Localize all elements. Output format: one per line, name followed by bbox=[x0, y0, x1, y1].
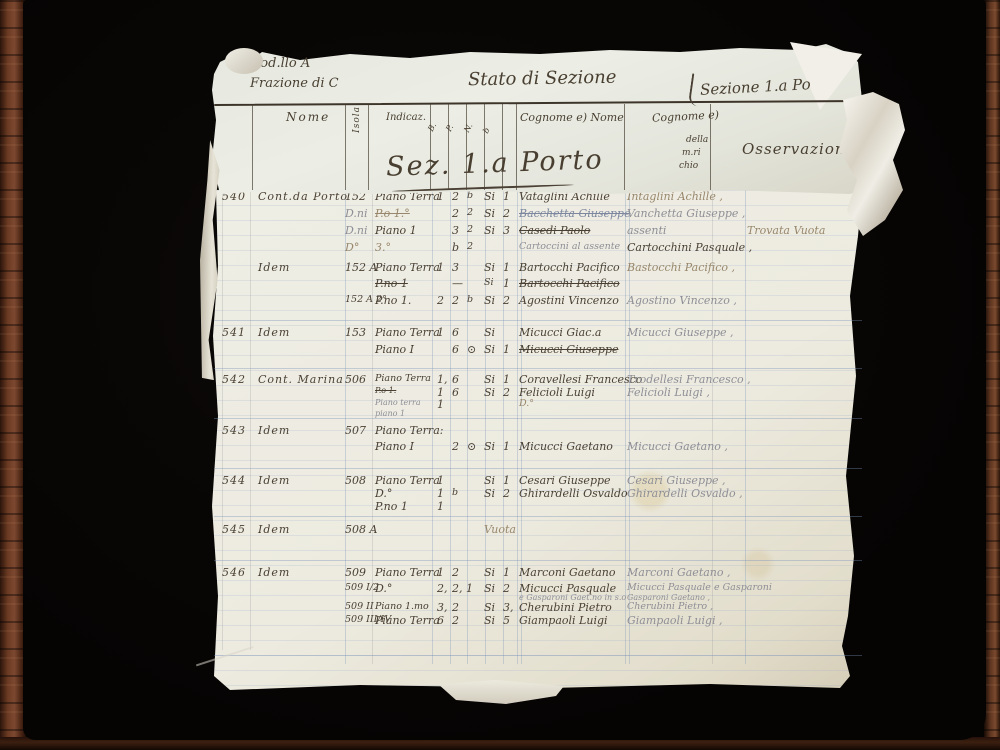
register-line: 545 Idem 508 A Vuota bbox=[210, 523, 870, 539]
family-count: 1 bbox=[503, 261, 510, 274]
floor-label: Piano Terra bbox=[375, 614, 440, 627]
count-1: 1 bbox=[437, 326, 444, 339]
floor-label: 3.° bbox=[375, 241, 391, 254]
row-separator bbox=[214, 560, 862, 561]
inhabited-flag: Si bbox=[484, 343, 495, 356]
count-2: 6 bbox=[452, 326, 459, 339]
register-line: Idem 152 A Piano Terra 1 3 Si 1 Bartocch… bbox=[210, 261, 870, 277]
contrada-name: Idem bbox=[258, 523, 290, 536]
floor-label: Piano I bbox=[375, 343, 414, 356]
row-number: 542 bbox=[222, 373, 246, 386]
column-header-cognome-2-sub: della bbox=[686, 135, 708, 145]
count-2: — bbox=[452, 277, 463, 290]
floor-label: Piano Terra bbox=[375, 566, 440, 579]
house-number: 508 A bbox=[345, 523, 377, 536]
header-column-rule bbox=[368, 104, 369, 190]
inhabited-flag: Si bbox=[484, 373, 495, 386]
registered-name: Agostino Vincenzo , bbox=[627, 294, 737, 307]
register-line: piano 1 bbox=[210, 409, 870, 425]
vacancy-note: Vuota bbox=[484, 523, 516, 536]
head-of-family-name: Agostini Vincenzo bbox=[519, 294, 619, 307]
row-number: 543 bbox=[222, 424, 246, 437]
head-of-family-name: Micucci Giac.a bbox=[519, 326, 601, 339]
family-count: 1 bbox=[503, 440, 510, 453]
registered-name: Bastocchi Pacifico , bbox=[627, 261, 735, 274]
head-of-family-name: Marconi Gaetano bbox=[519, 566, 616, 579]
register-line: P.no 1 — Si 1 Bartocchi Pacifico bbox=[210, 277, 870, 293]
family-count: 2 bbox=[503, 487, 510, 500]
head-of-family-name: Bacchetta Giuseppe bbox=[519, 207, 631, 220]
inhabited-flag: Si bbox=[484, 487, 495, 500]
family-count: 1 bbox=[503, 566, 510, 579]
count-1: 1, bbox=[437, 373, 448, 386]
head-of-family-name: Micucci Gaetano bbox=[519, 440, 613, 453]
family-count: 1 bbox=[503, 474, 510, 487]
registered-name: Giampaoli Luigi , bbox=[627, 614, 723, 627]
inhabited-flag: Si bbox=[484, 601, 495, 614]
inhabited-flag: Si bbox=[484, 277, 494, 288]
family-count: 3, bbox=[503, 601, 514, 614]
inhabited-flag: Si bbox=[484, 566, 495, 579]
count-2: 2 bbox=[452, 207, 459, 220]
family-count: 3 bbox=[503, 224, 510, 237]
count-2: 6 bbox=[452, 373, 459, 386]
head-of-family-name: Bartocchi Pacifico bbox=[519, 277, 620, 290]
registered-name: Cesari Giuseppe , bbox=[627, 474, 726, 487]
count-2: b bbox=[452, 487, 458, 498]
registered-name: Cherubini Pietro , bbox=[627, 601, 713, 612]
count-1: 1 bbox=[437, 474, 444, 487]
column-header-nome: Nome bbox=[286, 110, 330, 124]
column-header-osservazioni: Osservazioni bbox=[742, 140, 851, 158]
registered-name: Marconi Gaetano , bbox=[627, 566, 731, 579]
registered-name: Cartocchini Pasquale , bbox=[627, 241, 752, 254]
count-1: 1 bbox=[437, 487, 444, 500]
column-header-cognome-2-sub: m.ri bbox=[682, 148, 701, 158]
row-separator bbox=[214, 655, 862, 656]
contrada-name: Idem bbox=[258, 261, 290, 274]
head-of-family-name: Ghirardelli Osvaldo bbox=[519, 487, 628, 500]
house-number: 153 bbox=[345, 326, 366, 339]
floor-label: P.o 1.° bbox=[375, 207, 410, 220]
register-line: 540 Cont.da Porto 152 Piano Terra 1 2 b … bbox=[210, 190, 870, 206]
count-3: 2 bbox=[467, 241, 473, 252]
register-line: D° 3.° b 2 Cartoccini al assente Cartocc… bbox=[210, 241, 870, 257]
count-2: 3 bbox=[452, 261, 459, 274]
count-2: 6 bbox=[452, 343, 459, 356]
wood-table-right-edge bbox=[984, 0, 1000, 750]
register-line: 546 Idem 509 Piano Terra 1 2 Si 1 Marcon… bbox=[210, 566, 870, 582]
family-count: 2 bbox=[503, 294, 510, 307]
count-3: 2 bbox=[467, 224, 473, 235]
register-line: D.ni Piano 1 3 2 Si 3 Casedi Paolo assen… bbox=[210, 224, 870, 240]
column-header-isola: Isola bbox=[352, 106, 362, 133]
floor-label: Piano Terra bbox=[375, 326, 440, 339]
header-column-rule bbox=[345, 104, 346, 190]
inhabited-flag: Si bbox=[484, 261, 495, 274]
head-of-family-name: Cesari Giuseppe bbox=[519, 474, 611, 487]
registered-name: Trodellesi Francesco , bbox=[627, 373, 751, 386]
count-1: 1 bbox=[437, 500, 444, 513]
count-1: 3, bbox=[437, 601, 448, 614]
floor-label: P.no 1 bbox=[375, 500, 408, 513]
floor-label: Piano I bbox=[375, 440, 414, 453]
row-separator bbox=[214, 516, 862, 517]
head-of-family-name: Cherubini Pietro bbox=[519, 601, 612, 614]
count-2: 2 bbox=[452, 190, 459, 203]
row-number: 544 bbox=[222, 474, 246, 487]
family-count: 5 bbox=[503, 614, 510, 627]
head-of-family-name: Giampaoli Luigi bbox=[519, 614, 608, 627]
house-number: 509 bbox=[345, 566, 366, 579]
registered-name: Ghirardelli Osvaldo , bbox=[627, 487, 743, 500]
count-1: 2 bbox=[437, 294, 444, 307]
register-line: Piano I 6 ⊙ Si 1 Micucci Giuseppe bbox=[210, 343, 870, 359]
count-3: ⊙ bbox=[467, 343, 476, 356]
row-number: 541 bbox=[222, 326, 246, 339]
head-of-family-name: Micucci Giuseppe bbox=[519, 343, 619, 356]
header-column-rule bbox=[252, 104, 253, 190]
house-number: 152 A bbox=[345, 261, 377, 274]
floor-label: Piano Terra: bbox=[375, 424, 443, 437]
contrada-name: Idem bbox=[258, 566, 290, 579]
inhabited-flag: Si bbox=[484, 294, 495, 307]
count-1: 6 bbox=[437, 614, 444, 627]
house-number: 508 bbox=[345, 474, 366, 487]
floor-label: Piano Terra bbox=[375, 373, 431, 384]
count-2: 3 bbox=[452, 224, 459, 237]
head-of-family-name: D.° bbox=[519, 398, 534, 409]
row-number: 546 bbox=[222, 566, 246, 579]
floor-label: D.° bbox=[375, 487, 392, 500]
register-line: 509 III/IV Piano Terra 6 2 Si 5 Giampaol… bbox=[210, 614, 870, 630]
house-number: D.ni bbox=[345, 207, 368, 220]
inhabited-flag: Si bbox=[484, 474, 495, 487]
count-2: 2 bbox=[452, 566, 459, 579]
register-line: D.ni P.o 1.° 2 2 Si 2 Bacchetta Giuseppe… bbox=[210, 207, 870, 223]
row-separator bbox=[214, 320, 862, 321]
count-2: 2 bbox=[452, 440, 459, 453]
registered-name: Micucci Pasquale e Gasparoni bbox=[627, 582, 772, 593]
head-of-family-name: Casedi Paolo bbox=[519, 224, 590, 237]
floor-label: Piano 1 bbox=[375, 224, 417, 237]
contrada-name: Cont. Marina bbox=[258, 373, 344, 386]
house-number: 507 bbox=[345, 424, 366, 437]
register-line: 541 Idem 153 Piano Terra 1 6 Si Micucci … bbox=[210, 326, 870, 342]
header-column-rule bbox=[624, 104, 625, 190]
inhabited-flag: Si bbox=[484, 190, 495, 203]
floor-label: piano 1 bbox=[375, 409, 405, 418]
column-header-cognome-nome: Cognome e) Nome bbox=[520, 111, 624, 124]
count-3: ⊙ bbox=[467, 440, 476, 453]
stato-di-sezione-title: Stato di Sezione bbox=[468, 67, 617, 91]
house-number: D° bbox=[345, 241, 359, 254]
count-2: b bbox=[452, 241, 459, 254]
registered-name: Micucci Giuseppe , bbox=[627, 326, 734, 339]
count-3: b bbox=[467, 190, 473, 201]
count-2: 2 bbox=[452, 294, 459, 307]
floor-label: Piano Terra bbox=[375, 261, 440, 274]
registered-name: assenti bbox=[627, 224, 666, 237]
family-count: 1 bbox=[503, 190, 510, 203]
register-line: P.no 1 1 bbox=[210, 500, 870, 516]
top-left-paper-curl bbox=[225, 48, 263, 74]
column-header-cognome-2-sub: chio bbox=[679, 161, 698, 171]
row-separator bbox=[214, 468, 862, 469]
family-count: 1 bbox=[503, 343, 510, 356]
count-2: 2 bbox=[452, 614, 459, 627]
column-header-indicaz: Indicaz. bbox=[386, 112, 426, 123]
head-of-family-name: Cartoccini al assente bbox=[519, 241, 620, 252]
photograph-of-register-page: 540 Cont.da Porto 152 Piano Terra 1 2 b … bbox=[0, 0, 1000, 750]
count-3: 2 bbox=[467, 207, 473, 218]
head-of-family-name: Coravellesi Francesco bbox=[519, 373, 642, 386]
floor-label: P.no 1. bbox=[375, 294, 411, 307]
row-number: 545 bbox=[222, 523, 246, 536]
count-2: 2 bbox=[452, 601, 459, 614]
floor-label: P.no 1 bbox=[375, 277, 408, 290]
inhabited-flag: Si bbox=[484, 614, 495, 627]
floor-label: Piano 1.mo bbox=[375, 601, 429, 612]
house-number: 506 bbox=[345, 373, 366, 386]
house-number: 509 II bbox=[345, 601, 374, 612]
register-line: 152 A 2° P.no 1. 2 2 b Si 2 Agostini Vin… bbox=[210, 294, 870, 310]
floor-label: Piano terra bbox=[375, 398, 421, 407]
family-count: 1 bbox=[503, 277, 510, 290]
family-count: 1 bbox=[503, 373, 510, 386]
family-count: 2 bbox=[503, 207, 510, 220]
house-number: D.ni bbox=[345, 224, 368, 237]
count-1: 1 bbox=[437, 261, 444, 274]
head-of-family-name: Bartocchi Pacifico bbox=[519, 261, 620, 274]
floor-label: Piano Terra bbox=[375, 474, 440, 487]
observation-note: Trovata Vuota bbox=[747, 224, 825, 237]
contrada-name: Idem bbox=[258, 474, 290, 487]
row-separator bbox=[214, 368, 862, 369]
register-line: 543 Idem 507 Piano Terra: bbox=[210, 424, 870, 440]
inhabited-flag: Si bbox=[484, 326, 495, 339]
inhabited-flag: Si bbox=[484, 207, 495, 220]
registered-name: Micucci Gaetano , bbox=[627, 440, 728, 453]
registered-name: Vanchetta Giuseppe , bbox=[627, 207, 745, 220]
inhabited-flag: Si bbox=[484, 440, 495, 453]
register-line: Piano I 2 ⊙ Si 1 Micucci Gaetano Micucci… bbox=[210, 440, 870, 456]
frazione-label: Frazione di C bbox=[250, 76, 339, 91]
contrada-name: Idem bbox=[258, 424, 290, 437]
inhabited-flag: Si bbox=[484, 224, 495, 237]
count-1: 1 bbox=[437, 566, 444, 579]
count-3: b bbox=[467, 294, 473, 305]
contrada-name: Idem bbox=[258, 326, 290, 339]
floor-label: P.o 1. bbox=[375, 386, 396, 395]
